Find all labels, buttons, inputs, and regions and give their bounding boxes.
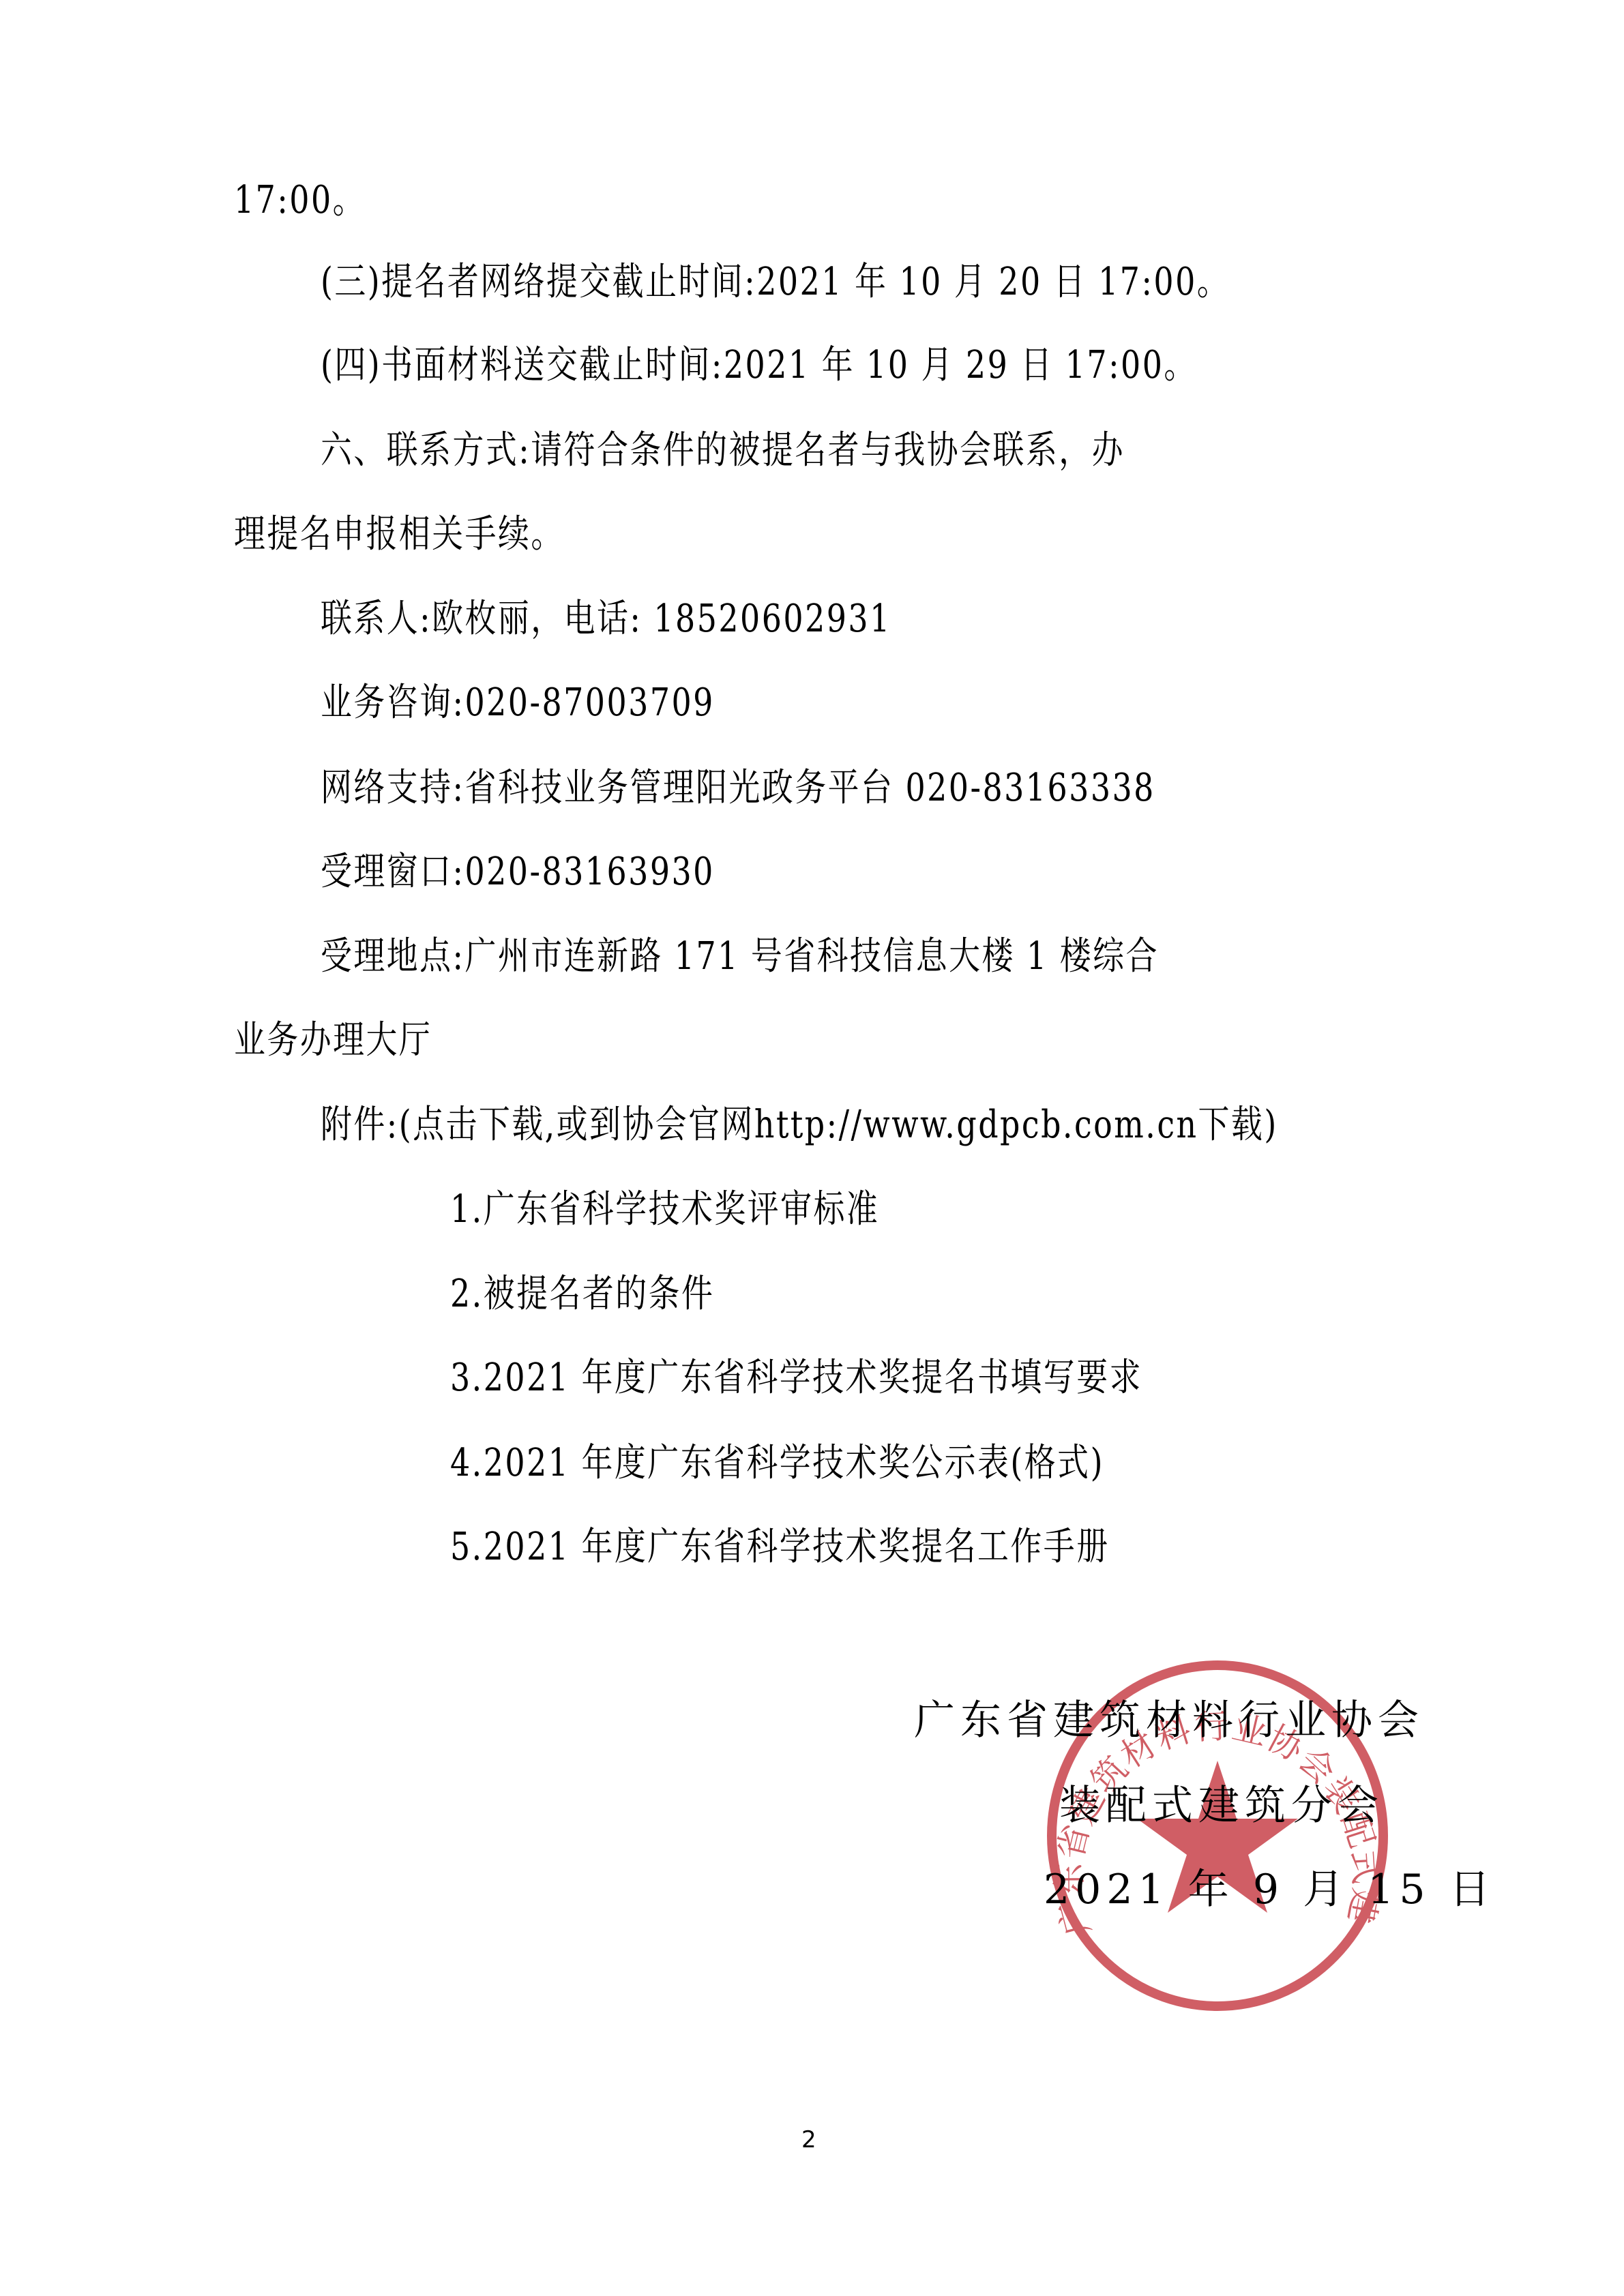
business-inquiry: 业务咨询:020-87003709 [321, 679, 715, 728]
written-material-deadline: (四)书面材料送交截止时间:2021 年 10 月 29 日 17:00。 [321, 341, 1197, 390]
signature-date: 2021 年 9 月 15 日 [1044, 1865, 1496, 1914]
contact-section-continuation: 理提名申报相关手续。 [234, 510, 564, 559]
contact-section-heading: 六、联系方式:请符合条件的被提名者与我协会联系，办 [321, 426, 1125, 475]
attachment-link-5[interactable]: 5.2021 年度广东省科学技术奖提名工作手册 [450, 1523, 1110, 1572]
attachment-link-3[interactable]: 3.2021 年度广东省科学技术奖提名书填写要求 [450, 1354, 1142, 1403]
contact-person: 联系人:欧枚丽，电话: 18520602931 [321, 595, 891, 644]
attachments-prefix: 附件:(点击下载,或到协会官网 [321, 1103, 754, 1147]
attachments-header: 附件:(点击下载,或到协会官网http://www.gdpcb.com.cn下载… [321, 1101, 1278, 1150]
network-support: 网络支持:省科技业务管理阳光政务平台 020-83163338 [321, 764, 1155, 813]
attachment-link-2[interactable]: 2.被提名者的条件 [450, 1270, 714, 1319]
signature-branch: 装配式建筑分会 [1059, 1781, 1384, 1830]
acceptance-window: 受理窗口:020-83163930 [321, 848, 715, 897]
nominator-online-deadline: (三)提名者网络提交截止时间:2021 年 10 月 20 日 17:00。 [321, 258, 1230, 307]
association-website-link[interactable]: http://www.gdpcb.com.cn [754, 1103, 1198, 1147]
attachment-link-1[interactable]: 1.广东省科学技术奖评审标准 [450, 1185, 879, 1234]
attachment-link-4[interactable]: 4.2021 年度广东省科学技术奖公示表(格式) [450, 1439, 1104, 1488]
acceptance-location-continuation: 业务办理大厅 [234, 1016, 432, 1065]
attachments-suffix: 下载) [1198, 1103, 1278, 1147]
acceptance-location: 受理地点:广州市连新路 171 号省科技信息大楼 1 楼综合 [321, 932, 1159, 981]
page-number: 2 [801, 2126, 816, 2153]
deadline-continuation: 17:00。 [234, 176, 366, 225]
signature-organization: 广东省建筑材料行业协会 [914, 1696, 1424, 1745]
